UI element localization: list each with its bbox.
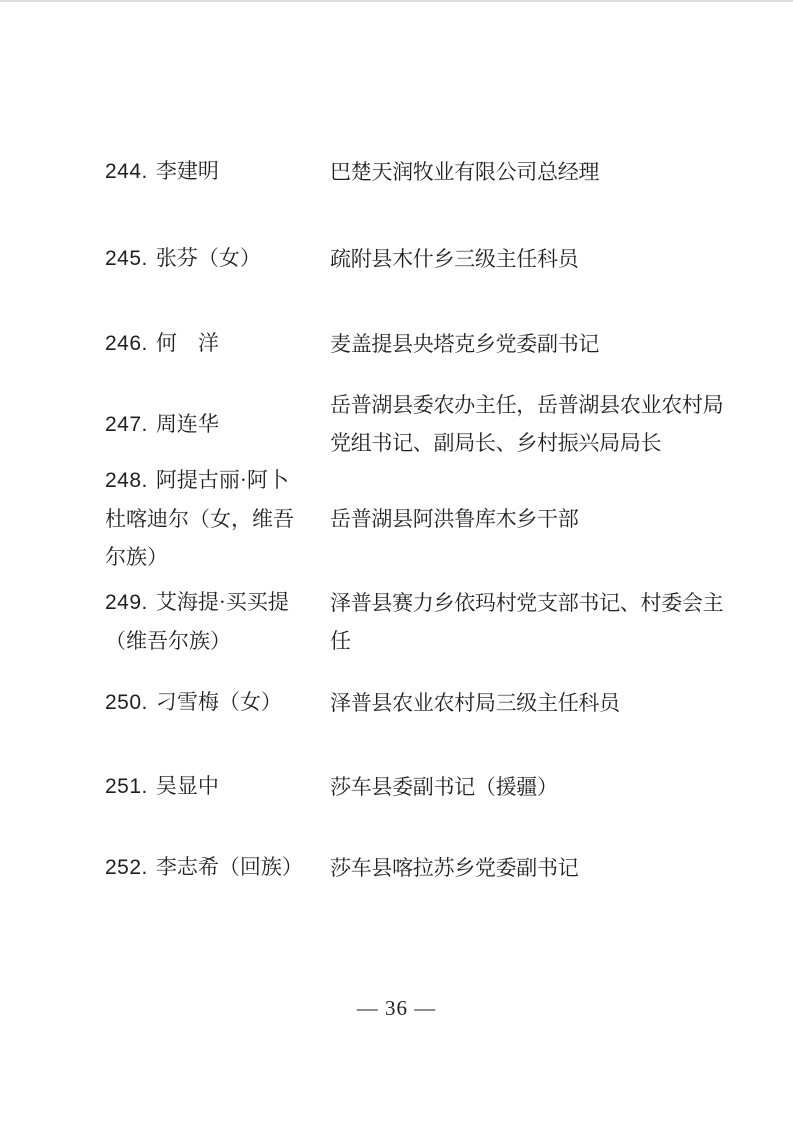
- entry-name: 刁雪梅（女）: [156, 690, 282, 714]
- entry-name: 李志希（回族）: [156, 855, 303, 879]
- entry-number: 245.: [105, 247, 148, 270]
- entry-position: 泽普县赛力乡依玛村党支部书记、村委会主 任: [330, 584, 739, 660]
- entry-name-cell: 252.李志希（回族）: [105, 848, 330, 887]
- entry-number: 251.: [105, 775, 148, 798]
- roster-entry: 248.阿提古丽·阿卜 杜喀迪尔（女，维吾 尔族） 岳普湖县阿洪鲁库木乡干部: [105, 461, 739, 576]
- page-number: — 36 —: [0, 989, 793, 1027]
- entry-number: 248.: [105, 469, 148, 492]
- entry-position: 疏附县木什乡三级主任科员: [330, 240, 739, 278]
- entry-position: 巴楚天润牧业有限公司总经理: [330, 153, 739, 191]
- entry-position: 麦盖提县央塔克乡党委副书记: [330, 325, 739, 363]
- entry-name-cell: 250.刁雪梅（女）: [105, 683, 330, 722]
- entry-position: 莎车县喀拉苏乡党委副书记: [330, 849, 739, 887]
- entry-name: 吴显中: [156, 774, 219, 798]
- entry-position: 泽普县农业农村局三级主任科员: [330, 684, 739, 722]
- entry-number: 249.: [105, 591, 148, 614]
- entry-name-cell: 246.何 洋: [105, 324, 330, 363]
- entry-number: 244.: [105, 160, 148, 183]
- entry-name: 周连华: [156, 412, 219, 436]
- roster-entry: 245.张芬（女） 疏附县木什乡三级主任科员: [105, 239, 739, 278]
- entry-number: 247.: [105, 413, 148, 436]
- entry-name-cell: 251.吴显中: [105, 767, 330, 806]
- roster-entry: 252.李志希（回族） 莎车县喀拉苏乡党委副书记: [105, 848, 739, 887]
- entry-position: 岳普湖县阿洪鲁库木乡干部: [330, 500, 739, 538]
- entry-number: 246.: [105, 332, 148, 355]
- entry-position: 莎车县委副书记（援疆）: [330, 768, 739, 806]
- roster-entry: 251.吴显中 莎车县委副书记（援疆）: [105, 767, 739, 806]
- roster-entry: 249.艾海提·买买提 （维吾尔族） 泽普县赛力乡依玛村党支部书记、村委会主 任: [105, 583, 739, 660]
- entry-name: 何 洋: [156, 331, 219, 355]
- document-page: 244.李建明 巴楚天润牧业有限公司总经理 245.张芬（女） 疏附县木什乡三级…: [0, 0, 793, 1121]
- entry-name-cell: 248.阿提古丽·阿卜 杜喀迪尔（女，维吾 尔族）: [105, 461, 330, 576]
- entry-position: 岳普湖县委农办主任，岳普湖县农业农村局 党组书记、副局长、乡村振兴局局长: [330, 386, 739, 462]
- entry-name-cell: 245.张芬（女）: [105, 239, 330, 278]
- entry-name-cell: 247.周连华: [105, 405, 330, 444]
- entry-name-cell: 249.艾海提·买买提 （维吾尔族）: [105, 583, 330, 660]
- roster-entry: 247.周连华 岳普湖县委农办主任，岳普湖县农业农村局 党组书记、副局长、乡村振…: [105, 386, 739, 462]
- entry-name: 李建明: [156, 159, 219, 183]
- entry-name: 张芬（女）: [156, 246, 261, 270]
- roster-entry: 250.刁雪梅（女） 泽普县农业农村局三级主任科员: [105, 683, 739, 722]
- scan-edge: [0, 0, 793, 2]
- roster-entry: 246.何 洋 麦盖提县央塔克乡党委副书记: [105, 324, 739, 363]
- roster-entry: 244.李建明 巴楚天润牧业有限公司总经理: [105, 152, 739, 191]
- entry-number: 252.: [105, 856, 148, 879]
- entry-number: 250.: [105, 691, 148, 714]
- entry-name-cell: 244.李建明: [105, 152, 330, 191]
